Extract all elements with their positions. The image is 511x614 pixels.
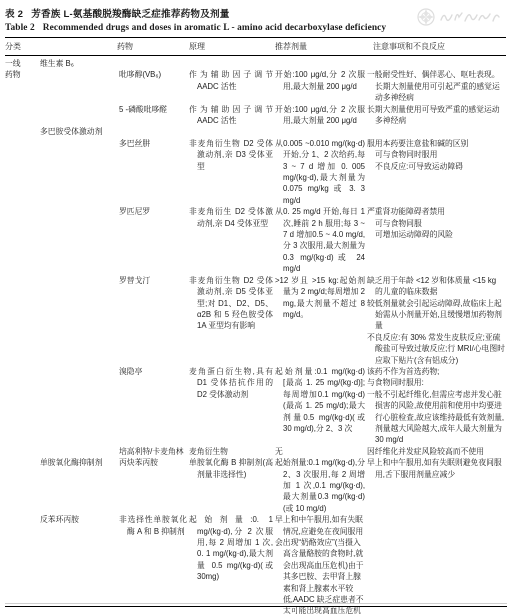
category-line: 药物 — [5, 69, 36, 80]
header-category: 分类 — [5, 41, 115, 52]
table-number-zh: 表 2 — [5, 9, 23, 20]
principle-cell — [189, 126, 273, 137]
principle-text: 非麦角衍生物 D2 受体激动剂,亲 D3 受体亚型 — [189, 138, 273, 172]
principle-text: 作为辅助因子调节 AADC 活性 — [189, 104, 273, 127]
drug-name-cell: 多巴丝肼 — [117, 138, 187, 206]
dose-cell: 起始剂量:0.1 mg/(kg·d) [最高 1. 25 mg/(kg·d)];… — [275, 366, 365, 446]
drug-name: 罗替戈汀 — [119, 275, 187, 286]
category-cell — [5, 104, 36, 127]
drug-name-cell: 非选择性单胺氧化酶 A 和 B 抑制剂 — [117, 514, 187, 614]
notes-cell: 长期大剂量使用可导致严重的感觉运动多神经病 — [367, 104, 506, 127]
header-notes: 注意事项和不良反应 — [367, 41, 506, 52]
notes-cell: 因纤维化并发症风险较高而不使用 — [367, 446, 506, 457]
note-item: 长期大剂量使用可导致严重的感觉运动多神经病 — [367, 104, 506, 127]
subcategory-label: 维生素 B₆ — [40, 58, 115, 69]
table-row: 一线药物维生素 B₆吡哆醇(VB₆)作为辅助因子调节 AADC 活性开始:100… — [5, 58, 506, 104]
category-line: 一线 — [5, 58, 36, 69]
dose-text: 起始剂量:0. 1 mg/(kg·d),分 2 次服用,每 2 周增加 1 次,… — [189, 514, 273, 582]
drug-name: 培高利特/卡麦角林 — [119, 446, 187, 457]
note-item: 早上和中午服用,如有失眠情况,应避免在夜间服用 — [275, 514, 365, 537]
principle-cell: 起始剂量:0. 1 mg/(kg·d),分 2 次服用,每 2 周增加 1 次,… — [189, 514, 273, 614]
notes-cell: 该药不作为首选药物;与食物同时服用:一般不引起纤维化,但需应考虑并发心脏损害的风… — [367, 366, 506, 446]
table-bottom-rule — [5, 606, 507, 607]
dose-cell: 从0.005 ~0.010 mg/(kg·d) 开始,分 1、2 次给药,每 3… — [275, 138, 365, 206]
header-principle: 原理 — [189, 41, 273, 52]
group-cell — [38, 275, 115, 366]
note-item: 可与食物同时服用 — [375, 149, 506, 160]
drug-name: 吡哆醇(VB₆) — [119, 58, 187, 81]
note-item: 服用本药要注意盐和碱的区别 — [367, 138, 506, 149]
drug-name-cell: 培高利特/卡麦角林 — [117, 446, 187, 457]
table-row: 培高利特/卡麦角林麦角衍生物无因纤维化并发症风险较高而不使用 — [5, 446, 506, 457]
group-cell: 反苯环丙胺 — [38, 514, 115, 614]
group-cell: 维生素 B₆ — [38, 58, 115, 104]
dose-cell: 起始剂量:0.1 mg/(kg·d),分 2、3 次服用,每 2 周增加 1 次… — [275, 457, 365, 514]
table-body: 一线药物维生素 B₆吡哆醇(VB₆)作为辅助因子调节 AADC 活性开始:100… — [5, 56, 506, 614]
principle-text: 单胺氧化酶 B 抑制剂(高剂量非选择性) — [189, 457, 273, 480]
category-cell — [5, 206, 36, 274]
dose-text: 从0. 25 mg/d 开始,每日 1 次,睡前 2 h 服用;每 3 ~ 7 … — [275, 206, 365, 274]
table-title-zh-text: 芳香族 L-氨基酸脱羧酶缺乏症推荐药物及剂量 — [31, 9, 229, 20]
table-row: 多巴胺受体激动剂 — [5, 126, 506, 137]
drug-name-cell — [117, 126, 187, 137]
subcategory-label: 单胺氧化酶抑制剂 — [40, 457, 115, 468]
note-item: 较低剂量就会引起运动障碍,故临床上起始需从小剂量开始,且缓慢增加药物剂量 — [367, 298, 506, 332]
dose-cell — [275, 126, 365, 137]
drug-name: 5 -磷酸吡哆醛 — [119, 104, 187, 115]
dose-cell: 无 — [275, 446, 365, 457]
drug-name-cell: 5 -磷酸吡哆醛 — [117, 104, 187, 127]
note-item: 一般耐受性好、偶伴恶心、呕吐表现。长期大剂量使用可引起严重的感觉运动多神经病 — [367, 69, 506, 103]
drug-name-cell: 丙炔苯丙胺 — [117, 457, 187, 514]
principle-text: 麦角蛋白衍生物,具有 D1 受体拮抗作用的 D2 受体激动剂 — [189, 366, 273, 400]
drug-name: 多巴丝肼 — [119, 138, 187, 149]
notes-cell — [367, 126, 506, 137]
note-item: 不良反应:可导致运动障碍 — [375, 161, 506, 172]
category-cell — [5, 275, 36, 366]
drug-name-cell: 罗替戈汀 — [117, 275, 187, 366]
notes-cell: 早上和中午服用,如有失眠则避免夜间服用,舌下服用剂量应减少 — [367, 457, 506, 514]
principle-cell: 单胺氧化酶 B 抑制剂(高剂量非选择性) — [189, 457, 273, 514]
dose-text: 起始剂量:0.1 mg/(kg·d) [最高 1. 25 mg/(kg·d)];… — [275, 366, 365, 434]
dose-cell: 从0. 25 mg/d 开始,每日 1 次,睡前 2 h 服用;每 3 ~ 7 … — [275, 206, 365, 274]
dose-cell: 开始:100 μg/d,分 2 次服用,最大剂量 200 μg/d — [275, 58, 365, 104]
group-cell — [38, 366, 115, 446]
principle-text: 非麦角衍生物 D2 受体激动剂,亲 D5 受体亚型;对 D1、D2、D5、α2B… — [189, 275, 273, 332]
principle-cell: 麦角衍生物 — [189, 446, 273, 457]
table-row: 多巴丝肼非麦角衍生物 D2 受体激动剂,亲 D3 受体亚型从0.005 ~0.0… — [5, 138, 506, 206]
table-number-en: Table 2 — [5, 23, 35, 33]
principle-cell: 非麦角衍生物 D2 受体激动剂,亲 D3 受体亚型 — [189, 138, 273, 206]
drug-name-cell: 罗匹尼罗 — [117, 206, 187, 274]
category-cell — [5, 514, 36, 614]
principle-cell: 非麦角衍生物 D2 受体激动剂,亲 D5 受体亚型;对 D1、D2、D5、α2B… — [189, 275, 273, 366]
notes-cell: 缺乏用于年龄 <12 岁和体质量 <15 kg 的儿童的临床数据较低剂量就会引起… — [367, 275, 506, 366]
principle-cell: 麦角蛋白衍生物,具有 D1 受体拮抗作用的 D2 受体激动剂 — [189, 366, 273, 446]
group-cell: 单胺氧化酶抑制剂 — [38, 457, 115, 514]
paper-page: 表 2芳香族 L-氨基酸脱羧酶缺乏症推荐药物及剂量 Table 2Recomme… — [0, 0, 511, 614]
drug-name: 反苯环丙胺 — [40, 514, 115, 525]
table-header-row: 分类 药物 原理 推荐剂量 注意事项和不良反应 — [5, 38, 506, 56]
header-drug: 药物 — [117, 41, 187, 52]
category-cell — [5, 446, 36, 457]
notes-cell: 严重肾功能障碍者禁用可与食物同服可增加运动障碍的风险 — [367, 206, 506, 274]
dose-cell: >12 岁且 >15 kg:起始剂量为 2 mg/d;每周增加 2 mg,最大剂… — [275, 275, 365, 366]
note-item: 可与食物同服 — [375, 218, 506, 229]
dose-text: 从0.005 ~0.010 mg/(kg·d) 开始,分 1、2 次给药,每 3… — [275, 138, 365, 206]
table-row: 罗替戈汀非麦角衍生物 D2 受体激动剂,亲 D5 受体亚型;对 D1、D2、D5… — [5, 275, 506, 366]
drug-name: 罗匹尼罗 — [119, 206, 187, 217]
bottom-gray-rule — [5, 603, 507, 604]
header-dose: 推荐剂量 — [275, 41, 365, 52]
principle-cell: 作为辅助因子调节 AADC 活性 — [189, 58, 273, 104]
subcategory-label: 多巴胺受体激动剂 — [40, 126, 115, 137]
drug-name: 溴隐亭 — [119, 366, 187, 377]
group-cell — [38, 446, 115, 457]
principle-cell: 作为辅助因子调节 AADC 活性 — [189, 104, 273, 127]
principle-text: 麦角衍生物 — [189, 446, 273, 457]
note-item: 早上和中午服用,如有失眠则避免夜间服用,舌下服用剂量应减少 — [367, 457, 506, 480]
drug-name-cell: 吡哆醇(VB₆) — [117, 58, 187, 104]
category-cell — [5, 366, 36, 446]
dose-cell: 早上和中午服用,如有失眠情况,应避免在夜间服用会出现“奶酪效应”(当摄入高含量酪… — [275, 514, 365, 614]
category-cell — [5, 126, 36, 137]
table-row: 单胺氧化酶抑制剂丙炔苯丙胺单胺氧化酶 B 抑制剂(高剂量非选择性)起始剂量:0.… — [5, 457, 506, 514]
category-cell — [5, 457, 36, 514]
note-item: 该药不作为首选药物; — [367, 366, 506, 377]
dose-text: >12 岁且 >15 kg:起始剂量为 2 mg/d;每周增加 2 mg,最大剂… — [275, 275, 365, 321]
notes-cell: 一般耐受性好、偶伴恶心、呕吐表现。长期大剂量使用可引起严重的感觉运动多神经病 — [367, 58, 506, 104]
dose-text: 无 — [275, 446, 365, 457]
notes-cell: 服用本药要注意盐和碱的区别可与食物同时服用不良反应:可导致运动障碍 — [367, 138, 506, 206]
note-item: 与食物同时服用: — [367, 377, 506, 388]
group-cell — [38, 104, 115, 127]
note-item: 缺乏用于年龄 <12 岁和体质量 <15 kg 的儿童的临床数据 — [367, 275, 506, 298]
notes-cell — [367, 514, 506, 614]
category-cell: 一线药物 — [5, 58, 36, 104]
journal-watermark-icon — [415, 6, 507, 28]
note-item: 严重肾功能障碍者禁用 — [367, 206, 506, 217]
drug-name: 丙炔苯丙胺 — [119, 457, 187, 468]
principle-text: 作为辅助因子调节 AADC 活性 — [189, 58, 273, 92]
group-cell — [38, 138, 115, 206]
table-row: 5 -磷酸吡哆醛作为辅助因子调节 AADC 活性开始:100 μg/d,分 2 … — [5, 104, 506, 127]
drug-name-cell: 溴隐亭 — [117, 366, 187, 446]
note-item: 不良反应:有 30% 常发生皮肤反应;亚硫酸盐可导致过敏反应;行 MRI/心电图… — [367, 332, 506, 366]
dose-text: 起始剂量:0.1 mg/(kg·d),分 2、3 次服用,每 2 周增加 1 次… — [275, 457, 365, 514]
note-item: 一般不引起纤维化,但需应考虑并发心脏损害的风险,故使用前和使用中均要进行心脏检查… — [367, 389, 506, 446]
principle-cell: 非麦角衍生 D2 受体激动剂,亲 D4 受体亚型 — [189, 206, 273, 274]
group-cell — [38, 206, 115, 274]
dose-cell: 开始:100 μg/d,分 2 次服用,最大剂量 200 μg/d — [275, 104, 365, 127]
note-item: 可增加运动障碍的风险 — [375, 229, 506, 240]
dose-text: 开始:100 μg/d,分 2 次服用,最大剂量 200 μg/d — [275, 58, 365, 92]
group-cell: 多巴胺受体激动剂 — [38, 126, 115, 137]
table-row: 溴隐亭麦角蛋白衍生物,具有 D1 受体拮抗作用的 D2 受体激动剂起始剂量:0.… — [5, 366, 506, 446]
table-title-en-text: Recommended drugs and doses in aromatic … — [43, 23, 386, 33]
table-row: 反苯环丙胺非选择性单胺氧化酶 A 和 B 抑制剂起始剂量:0. 1 mg/(kg… — [5, 514, 506, 614]
category-cell — [5, 138, 36, 206]
table-row: 罗匹尼罗非麦角衍生 D2 受体激动剂,亲 D4 受体亚型从0. 25 mg/d … — [5, 206, 506, 274]
principle-text: 非麦角衍生 D2 受体激动剂,亲 D4 受体亚型 — [189, 206, 273, 229]
dose-text: 开始:100 μg/d,分 2 次服用,最大剂量 200 μg/d — [275, 104, 365, 127]
principle-text: 非选择性单胺氧化酶 A 和 B 抑制剂 — [119, 514, 187, 537]
note-item: 因纤维化并发症风险较高而不使用 — [367, 446, 506, 457]
drug-table: 分类 药物 原理 推荐剂量 注意事项和不良反应 一线药物维生素 B₆吡哆醇(VB… — [5, 37, 506, 614]
